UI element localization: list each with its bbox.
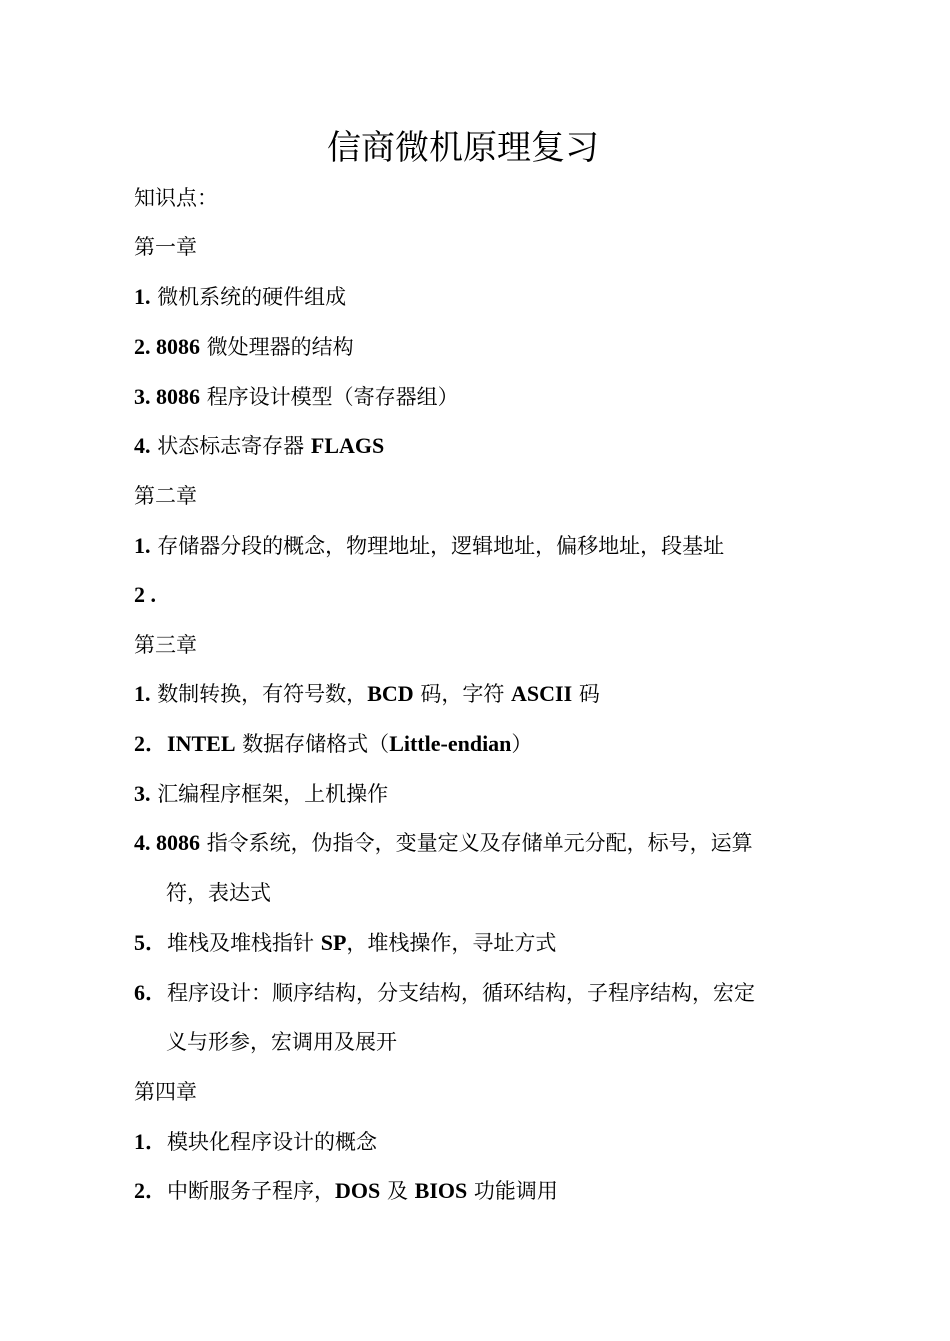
- list-item: 1. 存储器分段的概念，物理地址，逻辑地址，偏移地址，段基址: [134, 531, 724, 561]
- list-item-continuation: 义与形参，宏调用及展开: [166, 1027, 397, 1057]
- list-item: 5．堆栈及堆栈指针 SP，堆栈操作，寻址方式: [134, 928, 556, 958]
- list-item: 1．模块化程序设计的概念: [134, 1127, 377, 1157]
- chapter-3-heading: 第三章: [134, 630, 197, 660]
- list-item: 2．INTEL 数据存储格式（Little-endian）: [134, 729, 532, 759]
- chapter-1-heading: 第一章: [134, 232, 197, 262]
- document-title: 信商微机原理复习: [0, 124, 926, 172]
- chapter-4-heading: 第四章: [134, 1077, 197, 1107]
- list-item: 1. 数制转换，有符号数，BCD 码，字符 ASCII 码: [134, 679, 600, 709]
- list-item-continuation: 符，表达式: [166, 878, 271, 908]
- list-item: 4. 状态标志寄存器 FLAGS: [134, 431, 384, 461]
- chapter-2-heading: 第二章: [134, 481, 197, 511]
- list-item: 3. 汇编程序框架，上机操作: [134, 779, 388, 809]
- list-item: 6．程序设计：顺序结构，分支结构，循环结构，子程序结构，宏定: [134, 978, 755, 1008]
- list-item: 4. 8086 指令系统，伪指令，变量定义及存储单元分配，标号，运算: [134, 828, 753, 858]
- intro-label: 知识点：: [134, 183, 218, 213]
- list-item: 2. 8086 微处理器的结构: [134, 332, 354, 362]
- list-item: 1. 微机系统的硬件组成: [134, 282, 346, 312]
- list-item: 2 .: [134, 580, 156, 610]
- list-item: 2．中断服务子程序，DOS 及 BIOS 功能调用: [134, 1176, 558, 1206]
- list-item: 3. 8086 程序设计模型（寄存器组）: [134, 382, 459, 412]
